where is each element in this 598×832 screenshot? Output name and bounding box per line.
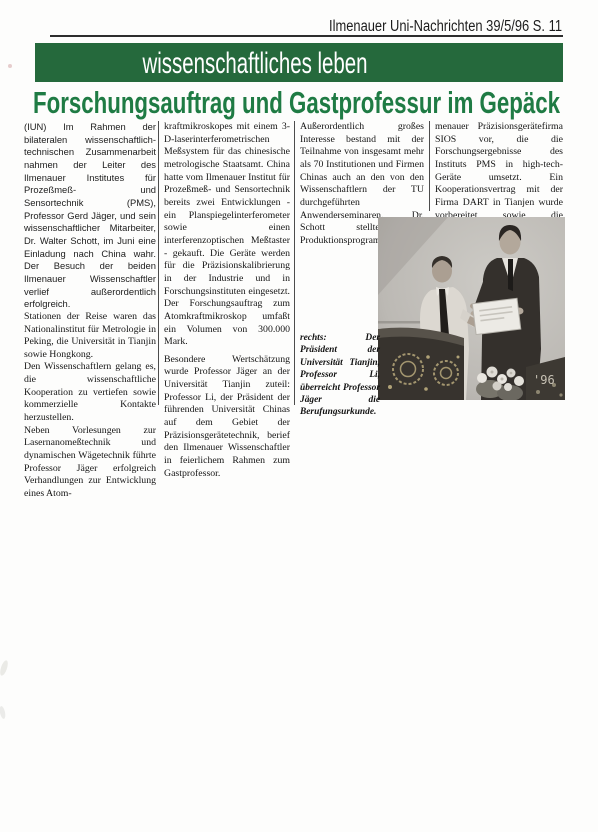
column-divider — [429, 121, 430, 211]
newsletter-page: Ilmenauer Uni-Nachrichten 39/5/96 S. 11 … — [0, 0, 598, 832]
wall-edge — [378, 321, 422, 324]
paragraph: kraftmikroskopes mit einem 3-D-laserinte… — [164, 121, 290, 349]
photo-scene: '96 — [378, 217, 565, 400]
paragraph: Stationen der Reise waren das Nationalin… — [24, 311, 156, 362]
section-banner-label: wissenschaftliches leben — [142, 47, 368, 80]
paragraph: Den Wissenschaftlern gelang es, die wiss… — [24, 361, 156, 424]
photo-caption: rechts: Der Präsident der Universität Ti… — [300, 332, 380, 419]
photo-date-stamp: '96 — [533, 373, 555, 387]
article-headline-text: Forschungsauftrag und Gastprofessur im G… — [33, 85, 561, 120]
article-column-2: kraftmikroskopes mit einem 3-D-laserinte… — [164, 121, 290, 480]
scan-mark — [0, 706, 6, 720]
article-photo: '96 — [378, 217, 565, 400]
lead-paragraph: (IUN) Im Rahmen der bilateralen wissensc… — [24, 121, 156, 311]
sofa — [378, 328, 464, 400]
certificate — [472, 298, 520, 334]
masthead-text: Ilmenauer Uni-Nachrichten 39/5/96 S. 11 — [329, 18, 562, 35]
article-headline: Forschungsauftrag und Gastprofessur im G… — [32, 84, 572, 121]
scan-mark — [0, 659, 9, 676]
article-column-1: (IUN) Im Rahmen der bilateralen wissensc… — [24, 121, 156, 501]
scan-speck — [8, 64, 12, 68]
masthead: Ilmenauer Uni-Nachrichten 39/5/96 S. 11 — [322, 17, 563, 36]
column-divider — [158, 121, 159, 405]
section-banner-canvas: wissenschaftliches leben — [35, 43, 563, 82]
column-divider — [294, 121, 295, 405]
masthead-rule — [50, 35, 563, 37]
paragraph: Neben Vorlesungen zur Lasernanomeßtechni… — [24, 425, 156, 501]
section-banner: wissenschaftliches leben — [35, 43, 563, 82]
paragraph: Besondere Wertschätzung wurde Professor … — [164, 354, 290, 481]
